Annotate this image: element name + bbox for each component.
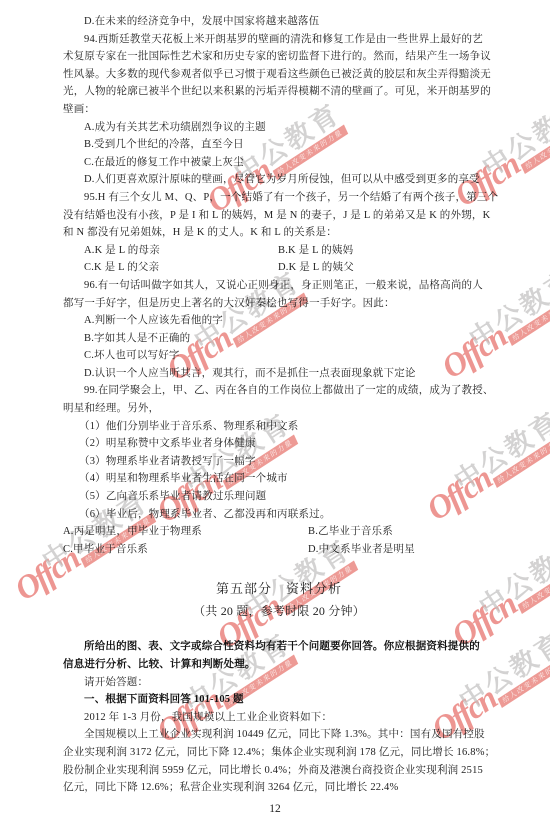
exam-paper-page: D.在未来的经济竞争中，发展中国家将越来越落伍94.西斯廷教堂天花板上米开朗基罗… bbox=[0, 0, 550, 836]
text-line: B.受到几个世纪的冷落，直至今日 bbox=[63, 136, 495, 154]
material-instruction: 一、根据下面资料回答 101-105 题 bbox=[63, 691, 495, 709]
text-line: B.字如其人是不正确的 bbox=[63, 330, 495, 348]
section-title: 第五部分 资料分析 bbox=[63, 578, 495, 600]
text-line: （4）明星和物理系毕业者生活在同一个城市 bbox=[63, 470, 495, 488]
option-right: B.乙毕业于音乐系 bbox=[308, 526, 393, 537]
text-line: C.甲毕业于音乐系D.中文系毕业者是明星 bbox=[63, 541, 495, 559]
text-line: A.K 是 L 的母亲B.K 是 L 的姨妈 bbox=[63, 242, 495, 260]
text-line: 明星和经理。另外， bbox=[63, 400, 495, 418]
text-line: 都写一手好字，但是历史上著名的大汉奸秦桧也写得一手好字。因此： bbox=[63, 295, 495, 313]
text-line: 亿元，同比下降 12.6%；私营企业实现利润 3264 亿元，同比增长 22.4… bbox=[63, 779, 495, 797]
text-line: D.认识一个人应当听其言，观其行，而不是抓住一点表面现象就下定论 bbox=[63, 365, 495, 383]
text-line: 2012 年 1-3 月份，我国规模以上工业企业资料如下： bbox=[63, 709, 495, 727]
text-line: C.K 是 L 的父亲D.K 是 L 的姨父 bbox=[63, 259, 495, 277]
text-line: C.坏人也可以写好字 bbox=[63, 347, 495, 365]
text-line: 94.西斯廷教堂天花板上米开朗基罗的壁画的清洗和修复工作是由一些世界上最好的艺 bbox=[63, 31, 495, 49]
option-left: A.丙是明星，甲毕业于物理系 bbox=[63, 523, 308, 541]
text-line: 99.在同学聚会上，甲、乙、丙在各自的工作岗位上都做出了一定的成绩，成为了教授、 bbox=[63, 382, 495, 400]
section-time-limit: （共 20 题，参考时限 20 分钟） bbox=[63, 600, 495, 622]
text-line: 信息进行分析、比较、计算和判断处理。 bbox=[63, 656, 495, 674]
text-line: C.在最近的修复工作中被蒙上灰尘 bbox=[63, 154, 495, 172]
text-line: 性风暴。大多数的现代参观者似乎已习惯于观看这些颜色已被泛黄的胶层和灰尘弄得黯淡无 bbox=[63, 66, 495, 84]
text-line: A.丙是明星，甲毕业于物理系B.乙毕业于音乐系 bbox=[63, 523, 495, 541]
text-line: 请开始答题： bbox=[63, 674, 495, 692]
option-right: D.K 是 L 的姨父 bbox=[278, 262, 354, 273]
offcn-tagline: 给人改变未来的力量 bbox=[518, 559, 550, 614]
option-right: B.K 是 L 的姨妈 bbox=[278, 245, 353, 256]
text-line: （2）明星称赞中文系毕业者身体健康 bbox=[63, 435, 495, 453]
document-content: D.在未来的经济竞争中，发展中国家将越来越落伍94.西斯廷教堂天花板上米开朗基罗… bbox=[63, 13, 495, 797]
text-line: 壁画： bbox=[63, 101, 495, 119]
text-line: 术复原专家在一批国际性艺术家和历史专家的密切监督下进行的。然而，结果产生一场争议 bbox=[63, 48, 495, 66]
text-line: 企业实现利润 3172 亿元，同比下降 12.4%；集体企业实现利润 178 亿… bbox=[63, 744, 495, 762]
option-left: A.K 是 L 的母亲 bbox=[84, 242, 278, 260]
page-number: 12 bbox=[0, 803, 550, 815]
text-line: 全国规模以上工业企业实现利润 10449 亿元，同比下降 1.3%。其中：国有及… bbox=[63, 726, 495, 744]
text-line: D.在未来的经济竞争中，发展中国家将越来越落伍 bbox=[63, 13, 495, 31]
option-right: D.中文系毕业者是明星 bbox=[308, 544, 415, 555]
text-line: A.判断一个人应该先看他的字 bbox=[63, 312, 495, 330]
spacer bbox=[63, 558, 495, 578]
text-line: （1）他们分别毕业于音乐系、物理系和中文系 bbox=[63, 418, 495, 436]
offcn-tagline: 给人改变未来的力量 bbox=[493, 433, 550, 488]
text-line: 光，人物的轮廓已被半个世纪以来积累的污垢弄得模糊不清的壁画了。可见，米开朗基罗的 bbox=[63, 83, 495, 101]
offcn-tagline: 给人改变未来的力量 bbox=[521, 119, 550, 174]
text-line: 没有结婚也没有小孩，P 是 I 和 L 的姨妈，M 是 N 的妻子，J 是 L … bbox=[63, 207, 495, 225]
text-line: 96.有一句话叫做字如其人，又说心正则身正，身正则笔正，一般来说，品格高尚的人 bbox=[63, 277, 495, 295]
text-line: 95.H 有三个女儿 M、Q、P，一个结婚了有一个孩子，另一个结婚了有两个孩子，… bbox=[63, 189, 495, 207]
text-line: 所给出的图、表、文字或综合性资料均有若干个问题要你回答。你应根据资料提供的 bbox=[63, 638, 495, 656]
offcn-tagline: 给人改变未来的力量 bbox=[508, 291, 550, 346]
text-line: 股份制企业实现利润 5959 亿元，同比增长 0.4%；外商及港澳台商投资企业实… bbox=[63, 762, 495, 780]
text-line: （6）毕业后，物理系毕业者、乙都没再和丙联系过。 bbox=[63, 506, 495, 524]
offcn-tagline: 给人改变未来的力量 bbox=[498, 653, 550, 708]
text-line: A.成为有关其艺术功绩剧烈争议的主题 bbox=[63, 119, 495, 137]
text-line: D.人们更喜欢原汁原味的壁画，尽管它为岁月所侵蚀，但可以从中感受到更多的享受 bbox=[63, 171, 495, 189]
option-left: C.甲毕业于音乐系 bbox=[63, 541, 308, 559]
text-line: 和 N 都没有兄弟姐妹，H 是 K 的丈人。K 和 L 的关系是： bbox=[63, 224, 495, 242]
spacer bbox=[63, 622, 495, 638]
text-line: （5）乙向音乐系毕业者请教过乐理问题 bbox=[63, 488, 495, 506]
text-line: （3）物理系毕业者请教授写了一幅字 bbox=[63, 453, 495, 471]
option-left: C.K 是 L 的父亲 bbox=[84, 259, 278, 277]
